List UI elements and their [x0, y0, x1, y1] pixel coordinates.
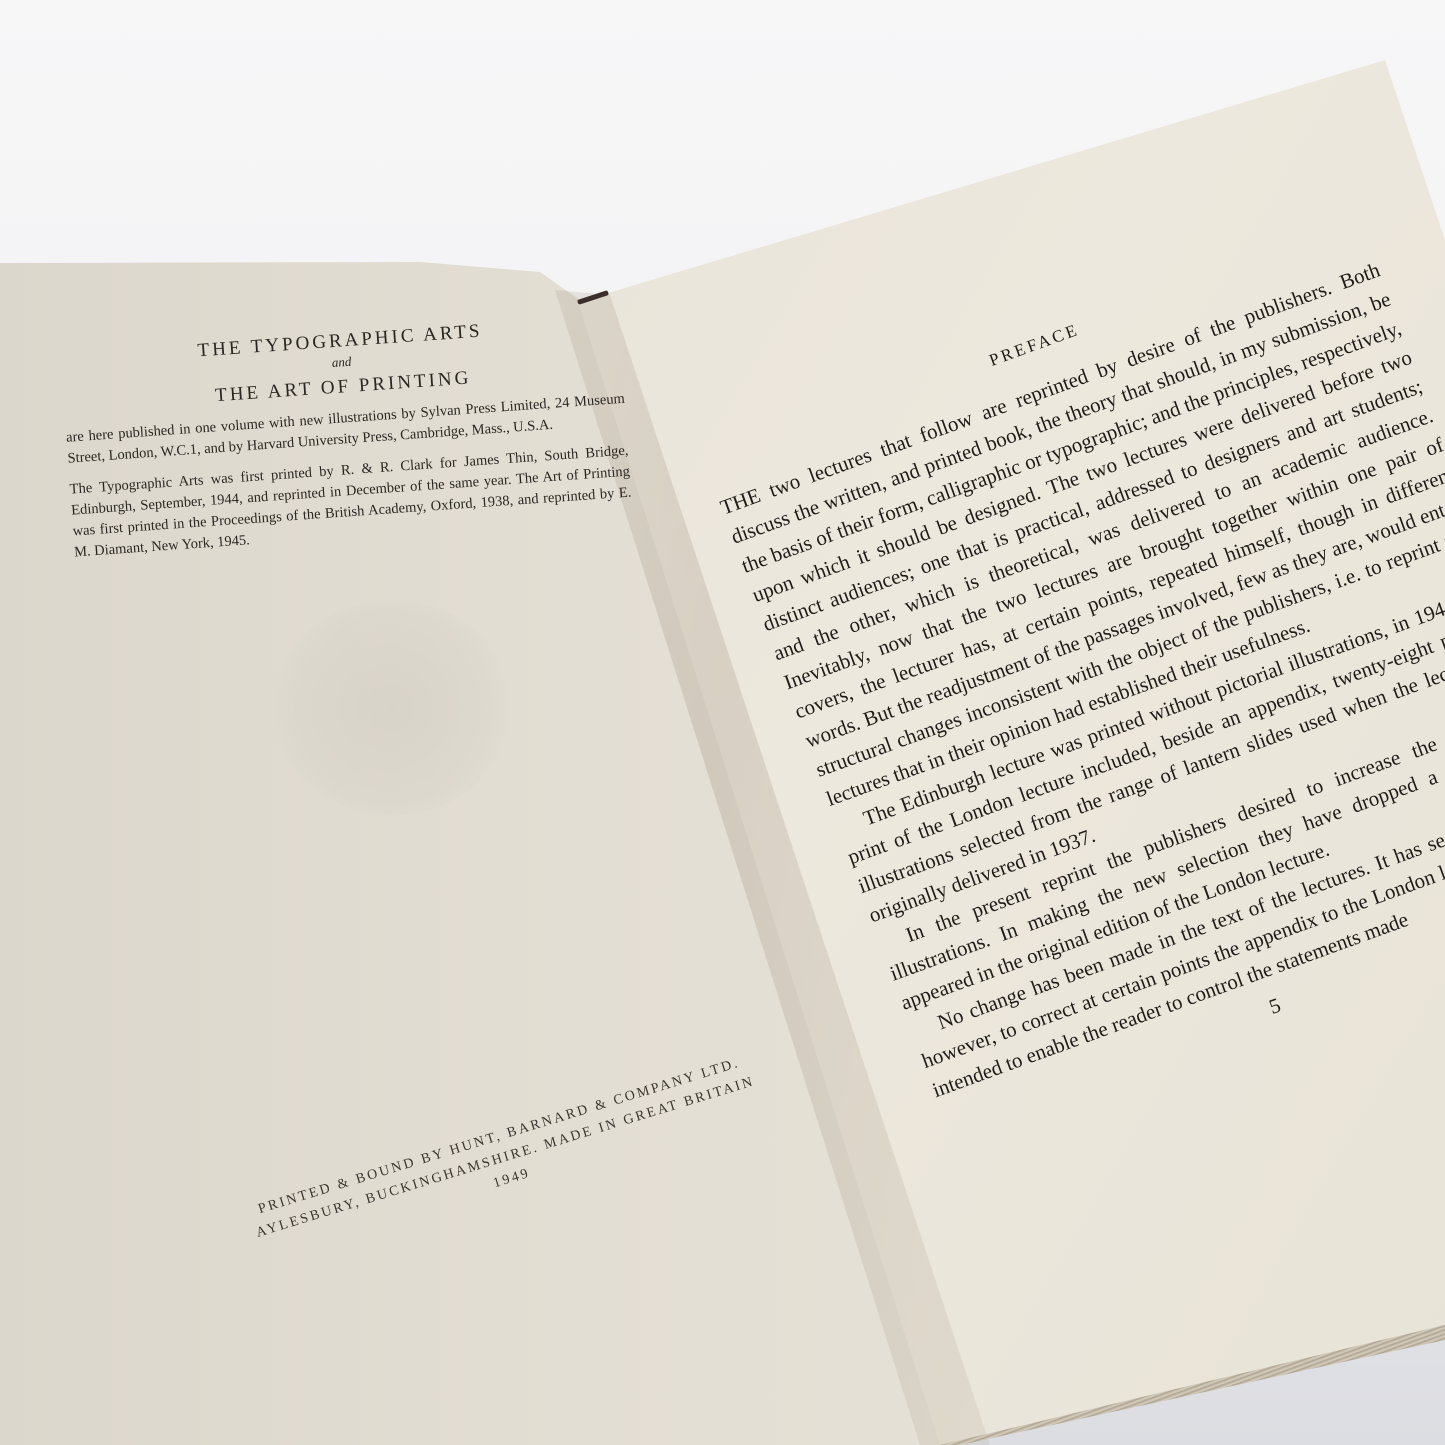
emblem-icon [272, 600, 512, 815]
open-book-photo: THE TYPOGRAPHIC ARTS and THE ART OF PRIN… [0, 0, 1445, 1445]
title-page-text: THE TYPOGRAPHIC ARTS and THE ART OF PRIN… [60, 311, 634, 564]
